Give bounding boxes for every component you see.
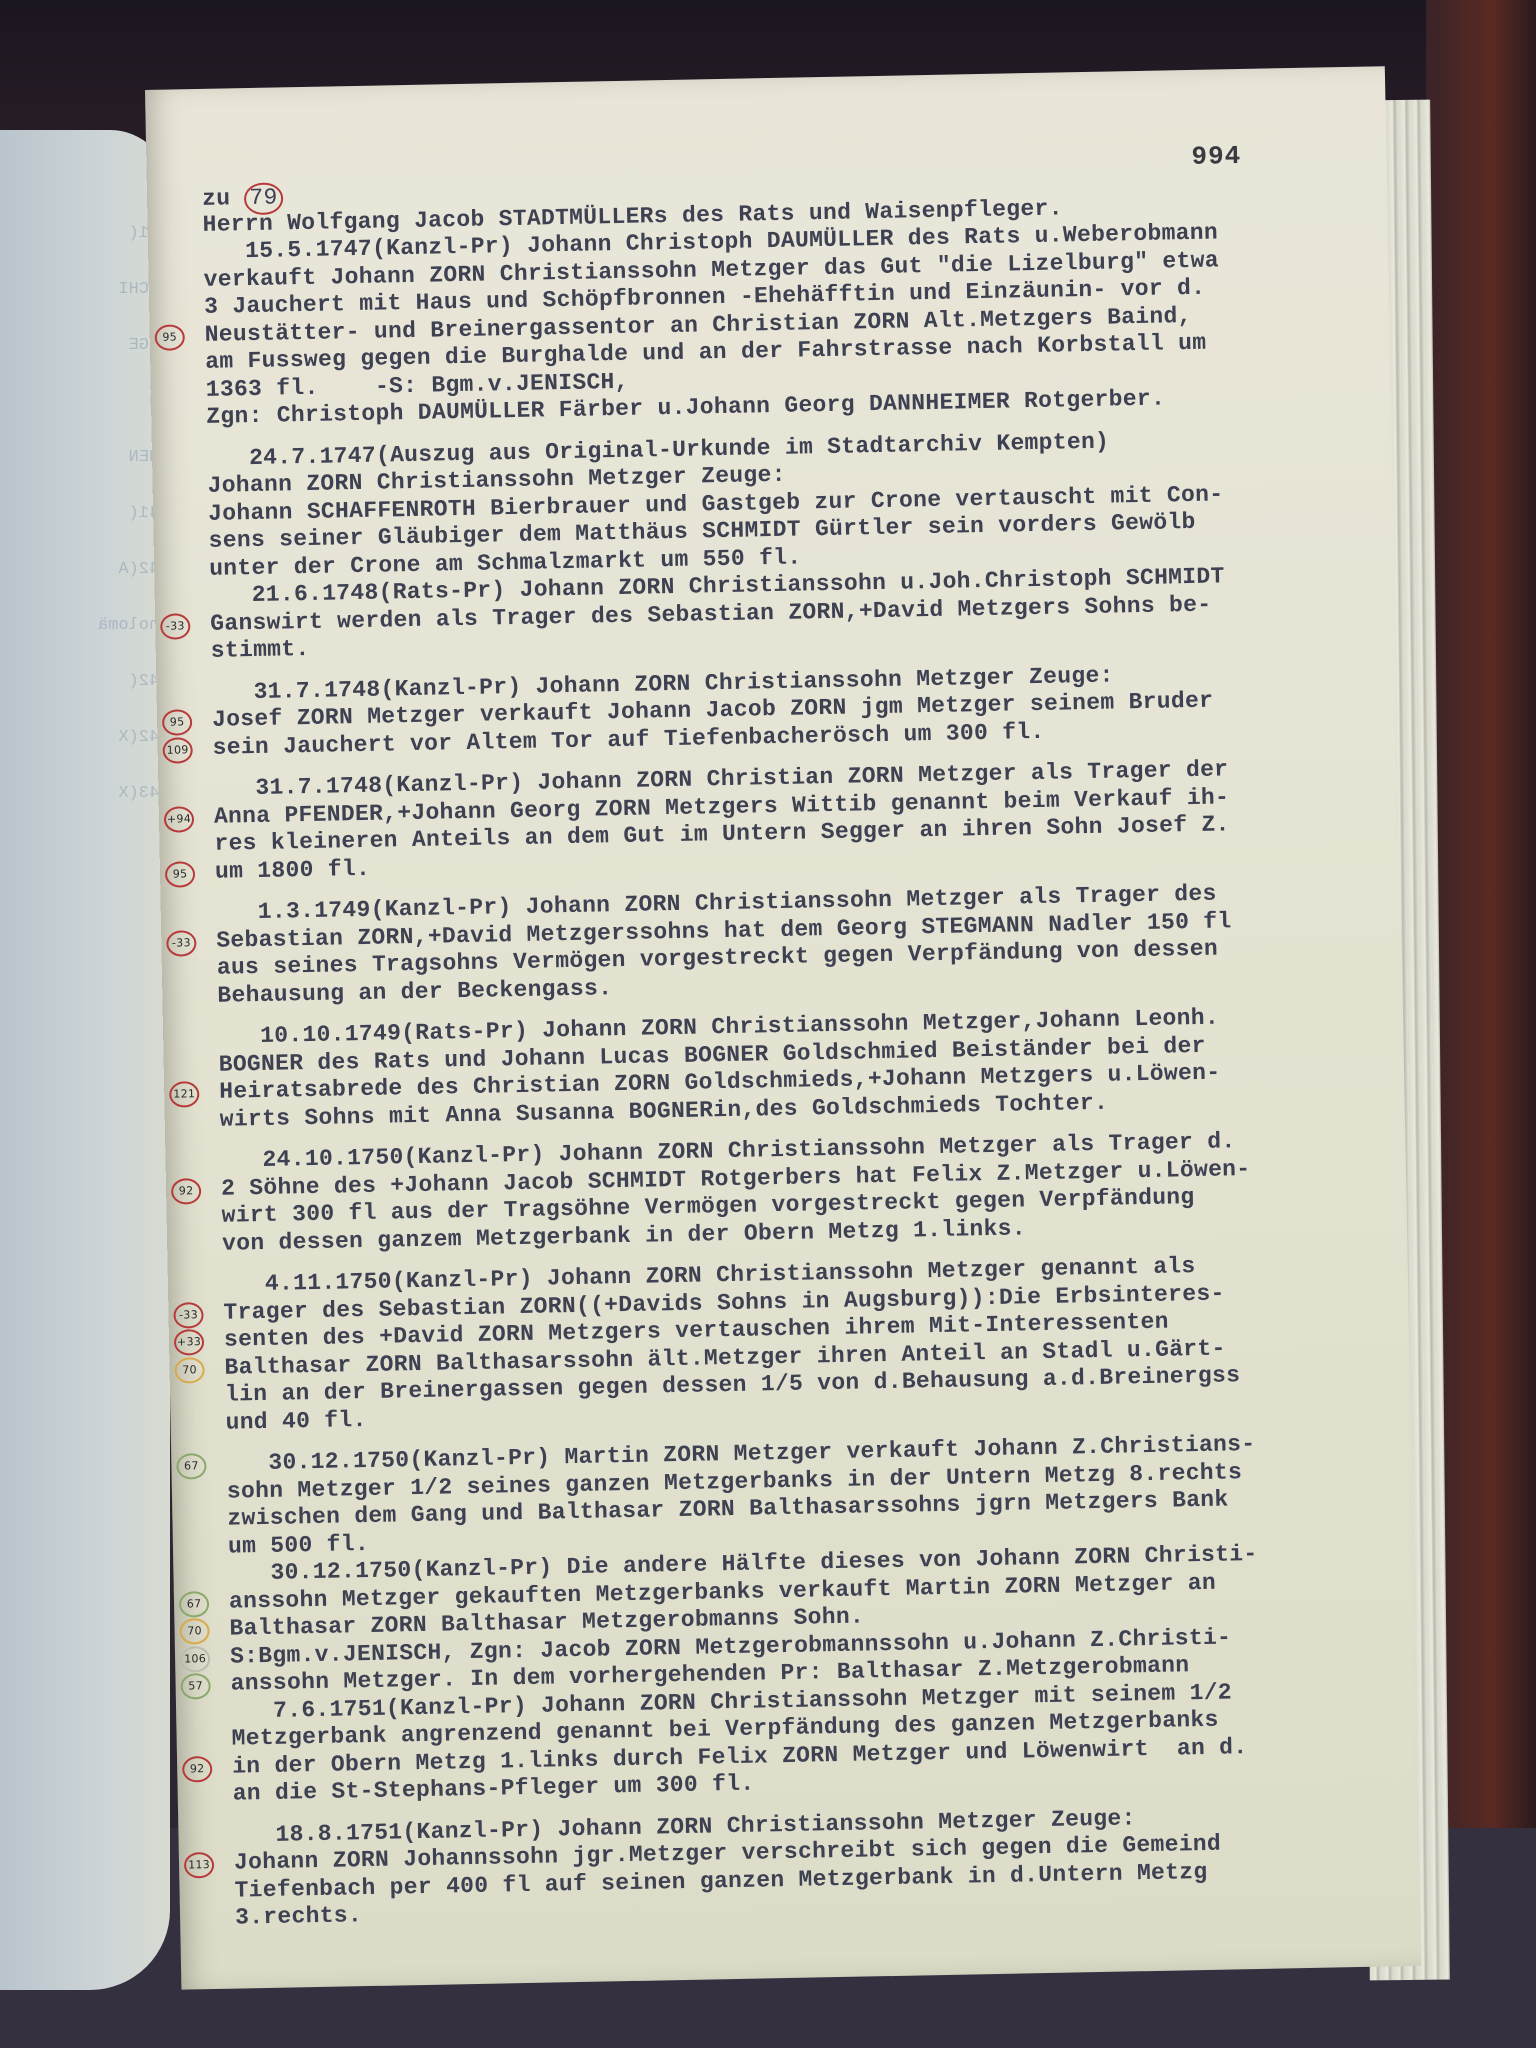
line-text: zu <box>202 185 245 212</box>
margin-annotation: 67 <box>176 1453 206 1480</box>
margin-annotation: -33 <box>166 930 196 957</box>
facing-page-left: ..1741( ZORN CHI ERNWEGE KIRCH KUNTHEN .… <box>0 130 170 1990</box>
line-text: um 500 fl. <box>228 1530 370 1559</box>
margin-annotation: -33 <box>160 613 190 640</box>
margin-annotation: -33 <box>173 1302 203 1329</box>
margin-annotation: +33 <box>174 1329 204 1356</box>
margin-annotation: 57 <box>180 1673 210 1700</box>
bleed-through-text: ..1741( ZORN CHI ERNWEGE KIRCH KUNTHEN .… <box>0 220 170 808</box>
margin-annotation: 121 <box>169 1081 199 1108</box>
margin-annotation: 70 <box>179 1618 209 1645</box>
margin-annotation: 67 <box>179 1591 209 1618</box>
line-text: 3.rechts. <box>235 1902 362 1930</box>
margin-annotation: 95 <box>155 324 185 351</box>
margin-annotation: 106 <box>180 1646 210 1673</box>
margin-annotation: 109 <box>162 737 192 764</box>
margin-annotation: 95 <box>162 709 192 736</box>
margin-annotation: 70 <box>174 1357 204 1384</box>
margin-annotation: 113 <box>184 1852 214 1879</box>
page-body: zu 79Herrn Wolfgang Jacob STADTMÜLLERs d… <box>202 162 1375 1932</box>
line-text: und 40 fl. <box>225 1406 367 1435</box>
document-page: 994 zu 79Herrn Wolfgang Jacob STADTMÜLLE… <box>145 66 1421 1989</box>
margin-annotation: 95 <box>165 861 195 888</box>
line-text: stimmt. <box>211 636 310 664</box>
margin-annotation: +94 <box>164 806 194 833</box>
margin-annotation: 92 <box>171 1178 201 1205</box>
line-text: um 1800 fl. <box>215 855 371 884</box>
margin-annotation: 92 <box>182 1756 212 1783</box>
